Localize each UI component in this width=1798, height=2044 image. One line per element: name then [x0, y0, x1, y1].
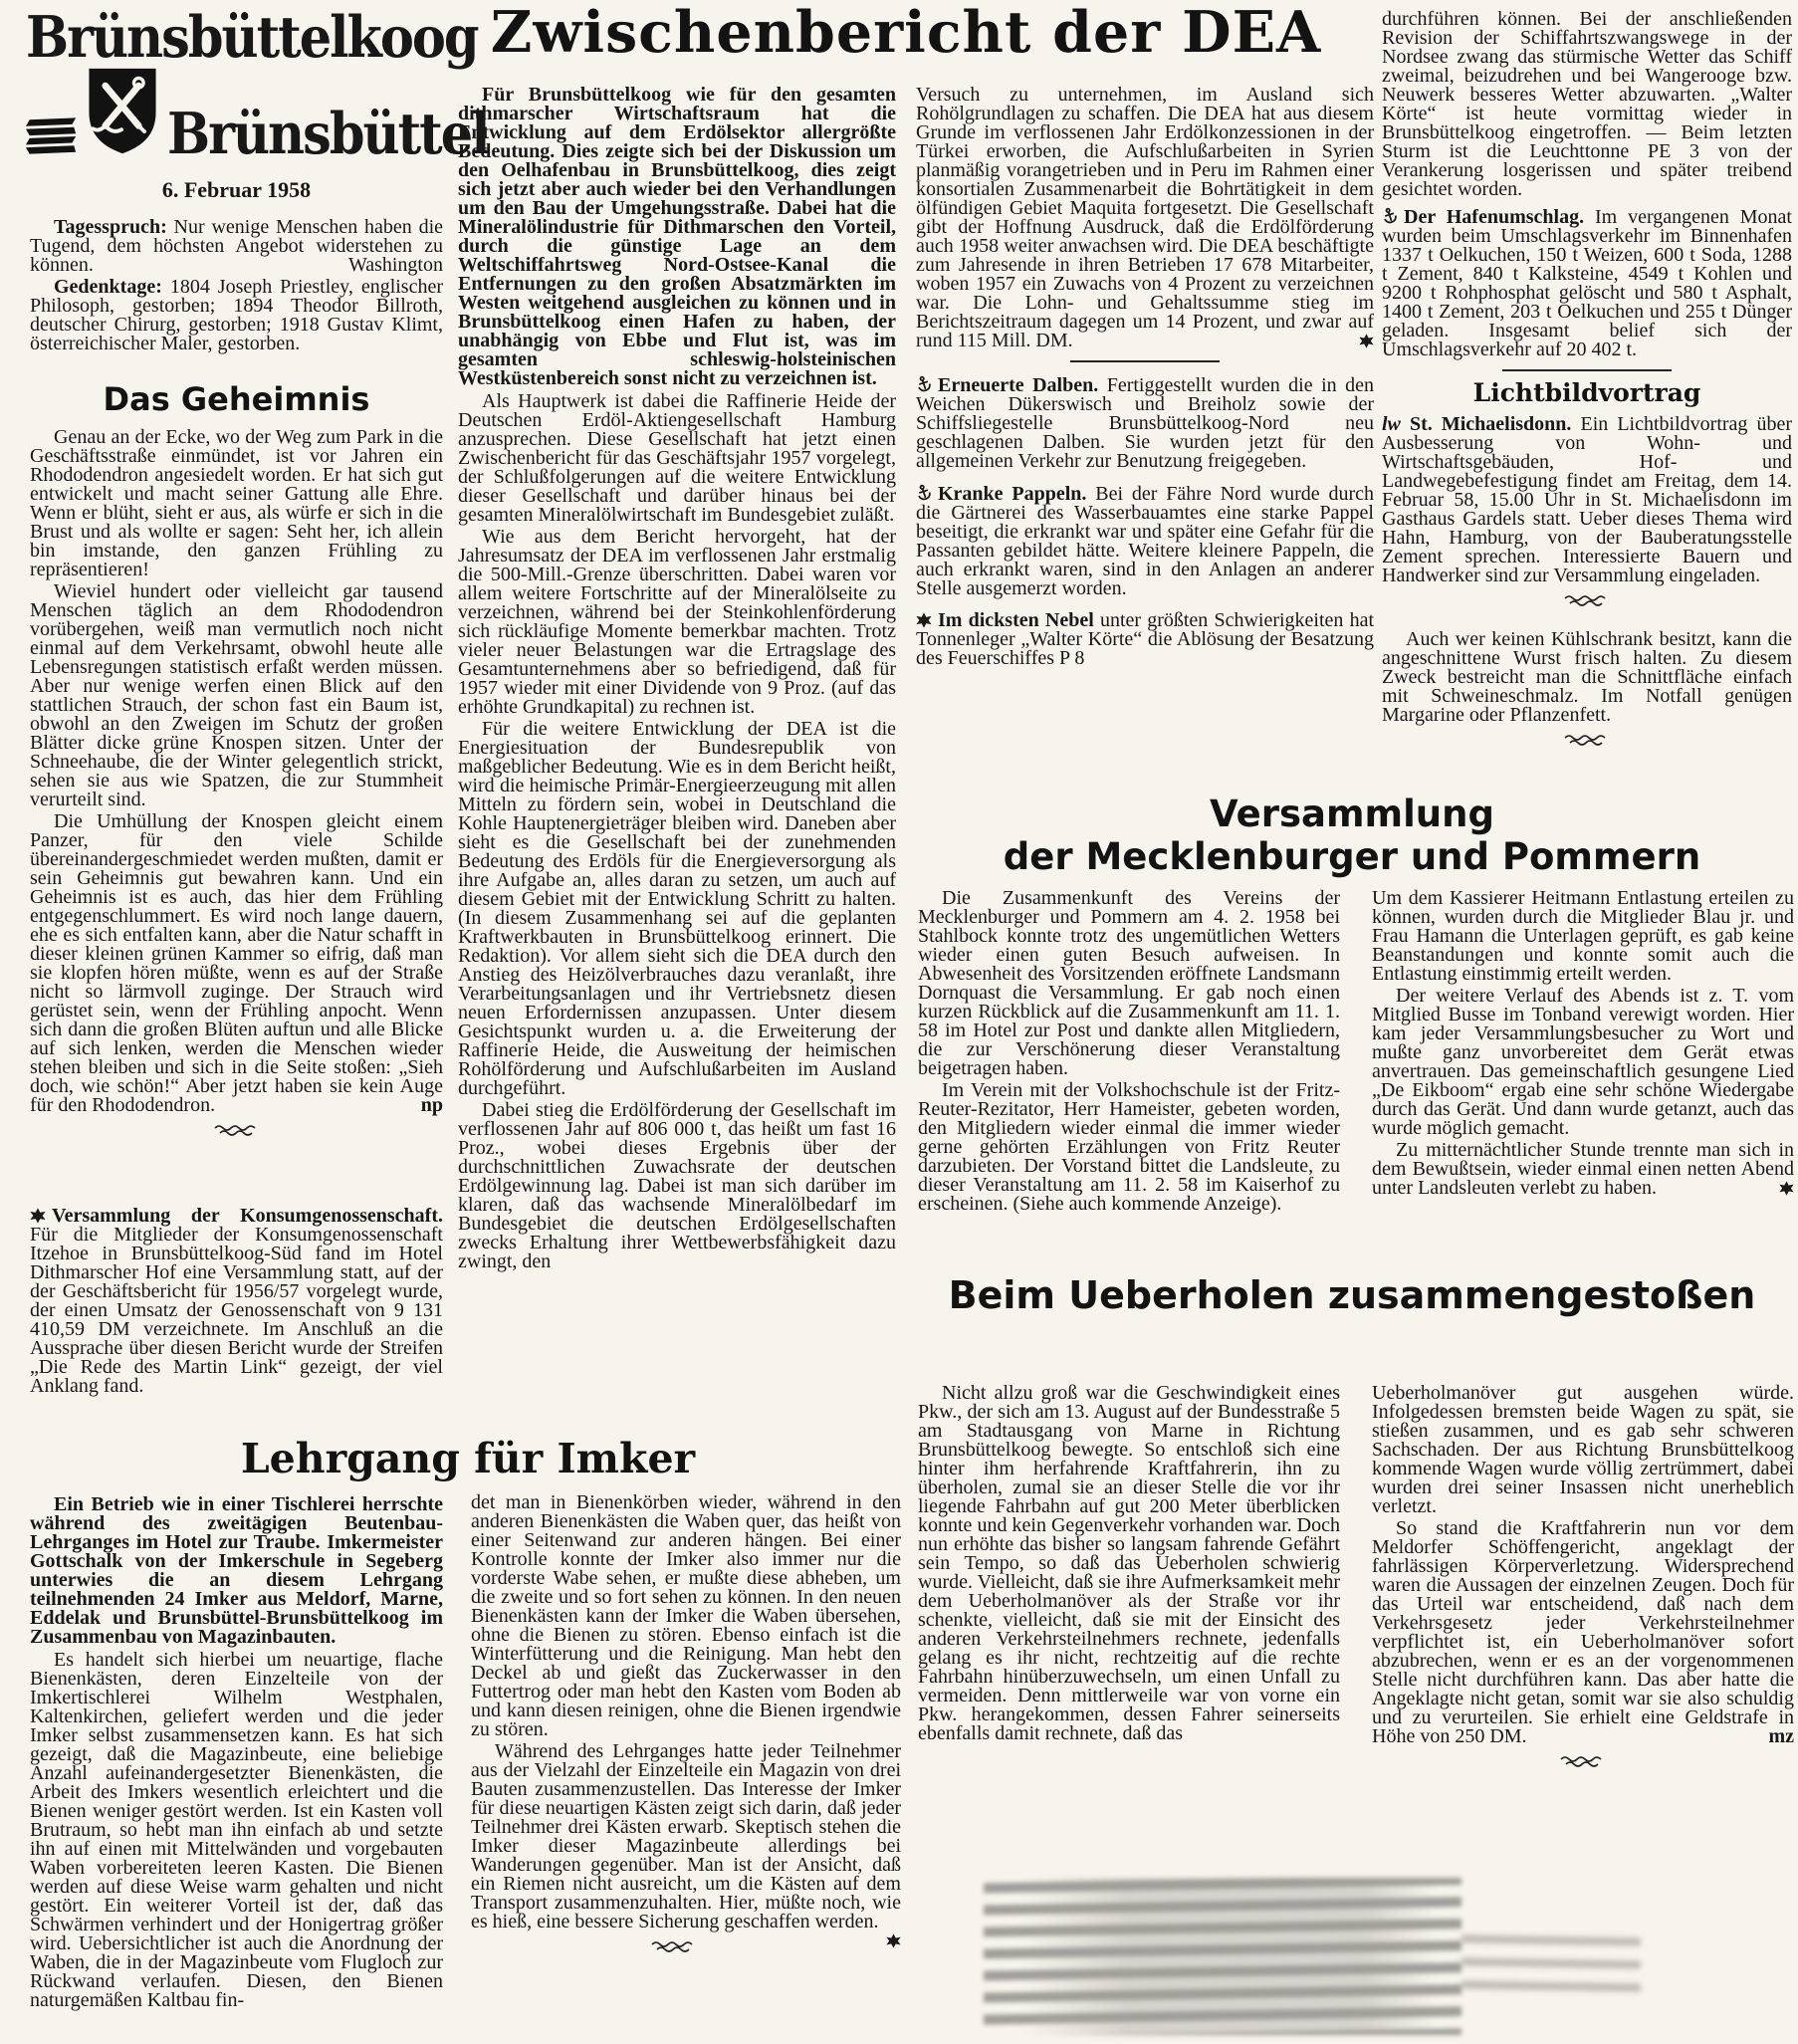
meck-headline-line2: der Mecklenburger und Pommern	[906, 835, 1798, 878]
squiggle-separator	[1564, 594, 1610, 606]
author-initials: mz	[1754, 1727, 1794, 1746]
masthead-title-line2: Brünsbüttel	[167, 108, 489, 161]
dea-continuation-text: Versuch zu unternehmen, im Ausland sich …	[916, 84, 1374, 351]
meck-column1: Die Zusammenkunft des Vereins der Meckle…	[918, 889, 1340, 1217]
news-item-nebel: Im dicksten Nebel unter größten Schwieri…	[916, 611, 1374, 668]
dea-paragraph: Wie aus dem Bericht hervorgeht, hat der …	[458, 528, 896, 717]
ueberholen-paragraph: Nicht allzu groß war die Geschwindigkeit…	[918, 1384, 1340, 1743]
print-bleedthrough	[1461, 1931, 1641, 2001]
nebel-continuation: durchführen können. Bei der anschließend…	[1382, 10, 1792, 199]
konsum-paragraph: Versammlung der Konsumgenossenschaft. Fü…	[30, 1207, 443, 1396]
ueberholen-column1: Nicht allzu groß war die Geschwindigkeit…	[918, 1384, 1340, 1746]
star-icon	[916, 612, 932, 628]
squiggle-separator	[1564, 734, 1610, 746]
article-das-geheimnis: Das Geheimnis Genau an der Ecke, wo der …	[30, 382, 443, 1142]
print-bleedthrough	[984, 1878, 1461, 2035]
star-icon	[30, 1208, 46, 1224]
meck-paragraph: Zu mitternächtlicher Stunde trennte man …	[1372, 1141, 1794, 1198]
ueberholen-paragraph: Ueberholmanöver gut ausgehen würde. Info…	[1372, 1384, 1794, 1516]
tagesspruch: Tagesspruch: Nur wenige Menschen haben d…	[30, 218, 443, 275]
dea-intro-bold: Für Brunsbüttelkoog wie für den gesamten…	[458, 86, 896, 388]
anchor-icon	[914, 373, 935, 395]
author-initials: np	[407, 1096, 443, 1115]
rule-separator	[1070, 360, 1220, 362]
imker-column1: Ein Betrieb wie in einer Tischlerei herr…	[30, 1495, 443, 2013]
geheimnis-headline: Das Geheimnis	[30, 382, 443, 416]
dea-headline: Zwischenbericht der DEA	[468, 2, 1344, 64]
kitchen-tip: Auch wer keinen Kühlschrank besitzt, kan…	[1382, 630, 1792, 725]
dea-paragraph-continuation: Versuch zu unternehmen, im Ausland sich …	[916, 86, 1374, 350]
article-dea-column1: Für Brunsbüttelkoog wie für den gesamten…	[458, 86, 896, 1274]
masthead-row: Brünsbüttel	[26, 65, 454, 161]
ueberholen-column2: Ueberholmanöver gut ausgehen würde. Info…	[1372, 1384, 1794, 1773]
meck-paragraph: Der weitere Verlauf des Abends ist z. T.…	[1372, 987, 1794, 1138]
geheimnis-paragraph: Wieviel hundert oder vielleicht gar taus…	[30, 582, 443, 809]
news-item-pappeln: Kranke Pappeln. Bei der Fähre Nord wurde…	[916, 484, 1374, 598]
imker-paragraph-text: Während des Lehrganges hatte jeder Teiln…	[471, 1740, 901, 1932]
ueberholen-paragraph-text: So stand die Kraftfahrerin nun vor dem M…	[1372, 1517, 1794, 1747]
column3: Versuch zu unternehmen, im Ausland sich …	[916, 86, 1374, 671]
anchor-icon	[1380, 205, 1401, 227]
imker-intro-bold: Ein Betrieb wie in einer Tischlerei herr…	[30, 1495, 443, 1647]
lichtbild-text: Ein Lichtbildvortrag über Ausbesserung v…	[1382, 413, 1792, 586]
item-konsumgenossenschaft: Versammlung der Konsumgenossenschaft. Fü…	[30, 1207, 443, 1399]
news-item-hafenumschlag: Der Hafenumschlag. Im vergangenen Monat …	[1382, 207, 1792, 359]
meck-paragraph: Die Zusammenkunft des Vereins der Meckle…	[918, 889, 1340, 1078]
ueberholen-paragraph: So stand die Kraftfahrerin nun vor dem M…	[1372, 1519, 1794, 1746]
rule-separator	[1502, 369, 1672, 371]
column4: durchführen können. Bei der anschließend…	[1382, 10, 1792, 752]
dea-paragraph: Als Hauptwerk ist dabei die Raffinerie H…	[458, 392, 896, 525]
star-icon	[1359, 334, 1374, 348]
dea-paragraph: Für die weitere Entwicklung der DEA ist …	[458, 720, 896, 1098]
hafen-text: Im vergangenen Monat wurden beim Umschla…	[1382, 206, 1792, 360]
masthead: Brünsbüttelkoog	[26, 10, 454, 161]
squiggle-separator	[1560, 1755, 1606, 1767]
imker-paragraph: Es handelt sich hierbei um neuartige, fl…	[30, 1651, 443, 2010]
squiggle-separator	[214, 1124, 260, 1136]
news-item-dalben: Erneuerte Dalben. Fertiggestellt wurden …	[916, 375, 1374, 471]
imker-paragraph: det man in Bienenkörben wieder, während …	[471, 1493, 901, 1739]
ueberholen-headline: Beim Ueberholen zusammengestoßen	[906, 1274, 1798, 1316]
striped-banner-icon	[26, 116, 78, 161]
geheimnis-paragraph: Genau an der Ecke, wo der Weg zum Park i…	[30, 428, 443, 579]
geheimnis-paragraph: Die Umhüllung der Knospen gleicht einem …	[30, 812, 443, 1115]
star-icon	[886, 1933, 901, 1948]
tagesspruch-attribution: Washington	[335, 256, 443, 275]
meck-headline: Versammlung der Mecklenburger und Pommer…	[906, 793, 1798, 878]
meck-paragraph-text: Zu mitternächtlicher Stunde trennte man …	[1372, 1139, 1794, 1199]
meck-column2: Um dem Kassierer Heitmann Entlastung ert…	[1372, 889, 1794, 1201]
newspaper-page: Brünsbüttelkoog	[0, 0, 1798, 2044]
meck-headline-line1: Versammlung	[906, 793, 1798, 835]
anchor-icon	[914, 482, 935, 504]
meck-paragraph: Im Verein mit der Volkshochschule ist de…	[918, 1081, 1340, 1214]
geheimnis-paragraph-text: Die Umhüllung der Knospen gleicht einem …	[30, 810, 443, 1116]
imker-headline: Lehrgang für Imker	[119, 1436, 816, 1481]
issue-date: 6. Februar 1958	[30, 177, 443, 203]
masthead-title-line1: Brünsbüttelkoog	[26, 10, 454, 67]
crest-icon	[84, 65, 161, 161]
konsum-text: Für die Mitglieder der Konsumgenossensch…	[30, 1224, 443, 1397]
gedenktage: Gedenktage: 1804 Joseph Priestley, engli…	[30, 278, 443, 353]
star-icon	[1779, 1181, 1794, 1196]
left-column-top: 6. Februar 1958 Tagesspruch: Nur wenige …	[30, 177, 443, 356]
dea-paragraph: Dabei stieg die Erdölförderung der Gesel…	[458, 1101, 896, 1271]
lichtbild-paragraph: lw St. Michaelisdonn. Ein Lichtbildvortr…	[1382, 415, 1792, 585]
squiggle-separator	[651, 1940, 697, 1952]
lichtbild-headline: Lichtbildvortrag	[1382, 379, 1792, 407]
imker-column2: det man in Bienenkörben wieder, während …	[471, 1493, 901, 1958]
meck-paragraph: Um dem Kassierer Heitmann Entlastung ert…	[1372, 889, 1794, 984]
imker-paragraph: Während des Lehrganges hatte jeder Teiln…	[471, 1742, 901, 1931]
